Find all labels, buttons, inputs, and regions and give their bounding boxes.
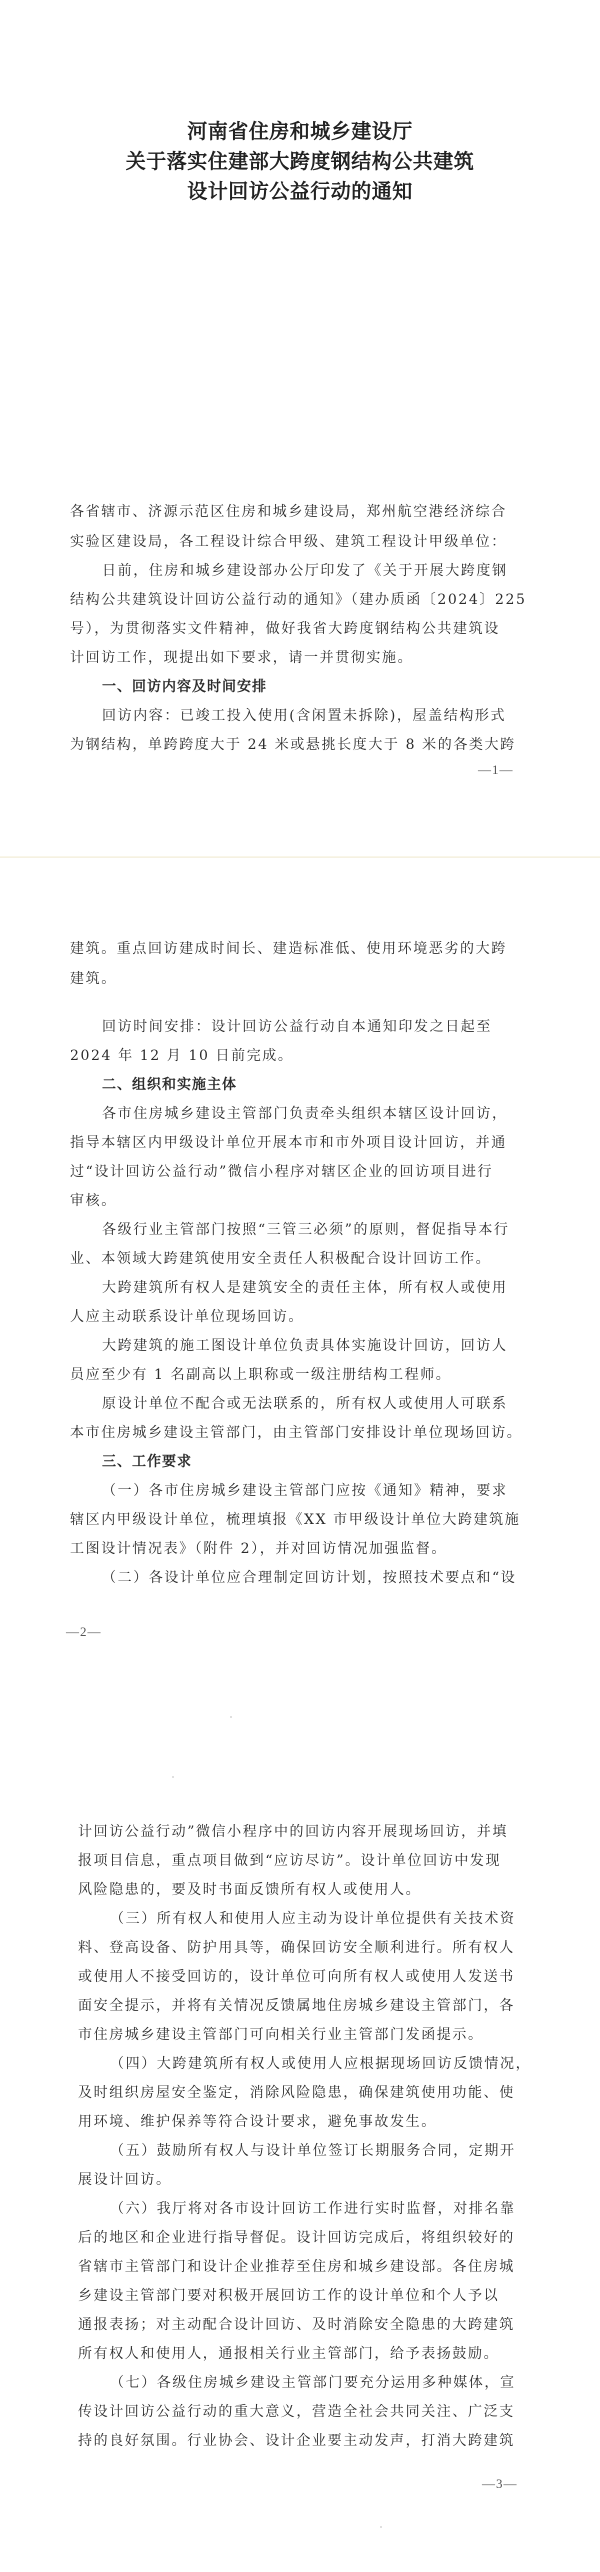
document-title-line-2: 关于落实住建部大跨度钢结构公共建筑 bbox=[0, 145, 600, 174]
body-line: （二）各设计单位应合理制定回访计划，按照技术要点和“设 bbox=[70, 1568, 564, 1588]
body-line: 回访时间安排：设计回访公益行动自本通知印发之日起至 bbox=[70, 1017, 564, 1037]
document-page-3: 计回访公益行动”微信小程序中的回访内容开展现场回访，并填 报项目信息，重点项目做… bbox=[0, 1676, 600, 2572]
section-heading-3: 三、工作要求 bbox=[70, 1452, 564, 1472]
page-number: —3— bbox=[482, 2476, 518, 2492]
body-line: 人应主动联系设计单位现场回访。 bbox=[70, 1307, 532, 1327]
body-line: 号），为贯彻落实文件精神，做好我省大跨度钢结构公共建筑设 bbox=[70, 619, 532, 639]
body-line: 大跨建筑的施工图设计单位负责具体实施设计回访，回访人 bbox=[70, 1336, 564, 1356]
body-line: 各市住房城乡建设主管部门负责牵头组织本辖区设计回访， bbox=[70, 1104, 564, 1124]
body-line: 过“设计回访公益行动”微信小程序对辖区企业的回访项目进行 bbox=[70, 1162, 532, 1182]
body-line: 日前，住房和城乡建设部办公厅印发了《关于开展大跨度钢 bbox=[70, 561, 564, 581]
body-line: 为钢结构，单跨跨度大于 24 米或悬挑长度大于 8 米的各类大跨 bbox=[70, 735, 532, 755]
body-line: 通报表扬；对主动配合设计回访、及时消除安全隐患的大跨建筑 bbox=[78, 2315, 540, 2335]
body-line: 报项目信息，重点项目做到“应访尽访”。设计单位回访中发现 bbox=[78, 1851, 540, 1871]
body-line: 计回访公益行动”微信小程序中的回访内容开展现场回访，并填 bbox=[78, 1822, 540, 1842]
scan-speck bbox=[230, 1716, 232, 1718]
body-line: 所有权人和使用人，通报相关行业主管部门，给予表扬鼓励。 bbox=[78, 2344, 540, 2364]
body-line: （六）我厅将对各市设计回访工作进行实时监督，对排名靠 bbox=[78, 2199, 572, 2219]
page-number: —2— bbox=[66, 1624, 102, 1640]
body-line: 乡建设主管部门要对积极开展回访工作的设计单位和个人予以 bbox=[78, 2286, 540, 2306]
body-line: 各级行业主管部门按照“三管三必须”的原则，督促指导本行 bbox=[70, 1220, 564, 1240]
body-line: 工图设计情况表》（附件 2），并对回访情况加强监督。 bbox=[70, 1539, 532, 1559]
body-line: 结构公共建筑设计回访公益行动的通知》（建办质函〔2024〕225 bbox=[70, 590, 532, 610]
document-title-line-1: 河南省住房和城乡建设厅 bbox=[0, 115, 600, 144]
body-line: 指导本辖区内甲级设计单位开展本市和市外项目设计回访，并通 bbox=[70, 1133, 532, 1153]
scan-speck bbox=[172, 1776, 174, 1778]
body-line: （七）各级住房城乡建设主管部门要充分运用多种媒体，宣 bbox=[78, 2373, 572, 2393]
body-line: 及时组织房屋安全鉴定，消除风险隐患，确保建筑使用功能、使 bbox=[78, 2083, 540, 2103]
body-line: 审核。 bbox=[70, 1191, 532, 1211]
document-page-1: 河南省住房和城乡建设厅 关于落实住建部大跨度钢结构公共建筑 设计回访公益行动的通… bbox=[0, 0, 600, 858]
body-line: 面安全提示，并将有关情况反馈属地住房城乡建设主管部门，各 bbox=[78, 1996, 540, 2016]
body-line: 省辖市主管部门和设计企业推荐至住房和城乡建设部。各住房城 bbox=[78, 2257, 540, 2277]
body-line: 建筑。 bbox=[70, 969, 532, 989]
body-line: 原设计单位不配合或无法联系的，所有权人或使用人可联系 bbox=[70, 1394, 564, 1414]
body-line: 大跨建筑所有权人是建筑安全的责任主体，所有权人或使用 bbox=[70, 1278, 564, 1298]
scan-speck bbox=[380, 2526, 382, 2528]
body-line: 展设计回访。 bbox=[78, 2170, 540, 2190]
body-line: 料、登高设备、防护用具等，确保回访安全顺利进行。所有权人 bbox=[78, 1938, 540, 1958]
body-line: 回访内容：已竣工投入使用(含闲置未拆除)，屋盖结构形式 bbox=[70, 706, 564, 726]
body-line: 建筑。重点回访建成时间长、建造标准低、使用环境恶劣的大跨 bbox=[70, 939, 532, 959]
document-title-line-3: 设计回访公益行动的通知 bbox=[0, 175, 600, 204]
section-heading-1: 一、回访内容及时间安排 bbox=[70, 677, 564, 697]
body-line: （一）各市住房城乡建设主管部门应按《通知》精神，要求 bbox=[70, 1481, 564, 1501]
body-line: 辖区内甲级设计单位，梳理填报《XX 市甲级设计单位大跨建筑施 bbox=[70, 1510, 532, 1530]
body-line: （三）所有权人和使用人应主动为设计单位提供有关技术资 bbox=[78, 1909, 572, 1929]
page-number: —1— bbox=[478, 762, 514, 778]
body-line: 员应至少有 1 名副高以上职称或一级注册结构工程师。 bbox=[70, 1365, 532, 1385]
section-heading-2: 二、组织和实施主体 bbox=[70, 1075, 564, 1095]
document-page-2: 建筑。重点回访建成时间长、建造标准低、使用环境恶劣的大跨 建筑。 回访时间安排：… bbox=[0, 858, 600, 1676]
body-line: 风险隐患的，要及时书面反馈所有权人或使用人。 bbox=[78, 1880, 540, 1900]
body-line: 持的良好氛围。行业协会、设计企业要主动发声，打消大跨建筑 bbox=[78, 2431, 540, 2451]
body-line: 业、本领域大跨建筑使用安全责任人积极配合设计回访工作。 bbox=[70, 1249, 532, 1269]
body-line: 本市住房城乡建设主管部门，由主管部门安排设计单位现场回访。 bbox=[70, 1423, 532, 1443]
body-line: 传设计回访公益行动的重大意义，营造全社会共同关注、广泛支 bbox=[78, 2402, 540, 2422]
body-line: 用环境、维护保养等符合设计要求，避免事故发生。 bbox=[78, 2112, 540, 2132]
body-line: （五）鼓励所有权人与设计单位签订长期服务合同，定期开 bbox=[78, 2141, 572, 2161]
body-line: （四）大跨建筑所有权人或使用人应根据现场回访反馈情况， bbox=[78, 2054, 572, 2074]
body-line: 市住房城乡建设主管部门可向相关行业主管部门发函提示。 bbox=[78, 2025, 540, 2045]
addressee-line: 各省辖市、济源示范区住房和城乡建设局，郑州航空港经济综合 bbox=[70, 502, 532, 522]
body-line: 计回访工作，现提出如下要求，请一并贯彻实施。 bbox=[70, 648, 532, 668]
addressee-line: 实验区建设局，各工程设计综合甲级、建筑工程设计甲级单位： bbox=[70, 532, 532, 552]
body-line: 或使用人不接受回访的，设计单位可向所有权人或使用人发送书 bbox=[78, 1967, 540, 1987]
body-line: 2024 年 12 月 10 日前完成。 bbox=[70, 1046, 532, 1066]
body-line: 后的地区和企业进行指导督促。设计回访完成后，将组织较好的 bbox=[78, 2228, 540, 2248]
